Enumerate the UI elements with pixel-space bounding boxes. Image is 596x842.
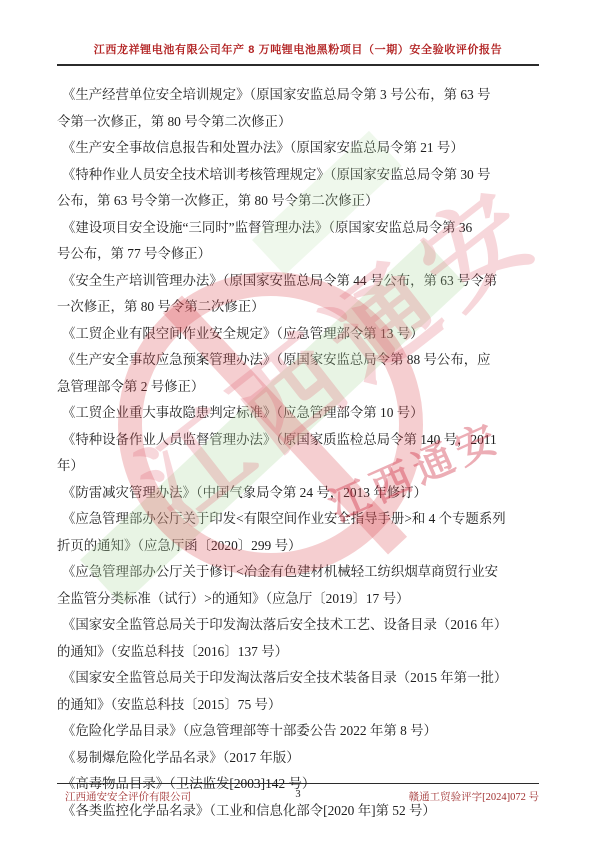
header-rule bbox=[57, 64, 539, 66]
regulation-item: 《安全生产培训管理办法》（原国家安监总局令第 44 号公布，第 63 号令第 一… bbox=[57, 268, 540, 321]
document-page: 江西龙祥锂电池有限公司年产 8 万吨锂电池黑粉项目（一期）安全验收评价报告 《生… bbox=[0, 0, 596, 842]
regulation-item: 《特种作业人员安全技术培训考核管理规定》（原国家安监总局令第 30 号 公布，第… bbox=[57, 162, 540, 215]
regulation-item: 《易制爆危险化学品名录》（2017 年版） bbox=[57, 745, 540, 772]
regulation-item: 《危险化学品目录》（应急管理部等十部委公告 2022 年第 8 号） bbox=[57, 718, 540, 745]
footer-rule bbox=[57, 783, 539, 784]
regulation-item: 《防雷减灾管理办法》（中国气象局令第 24 号，2013 年修订） bbox=[57, 480, 540, 507]
regulation-item: 《建设项目安全设施“三同时”监督管理办法》（原国家安监总局令第 36 号公布，第… bbox=[57, 215, 540, 268]
regulation-item: 《应急管理部办公厅关于印发<有限空间作业安全指导手册>和 4 个专题系列 折页的… bbox=[57, 506, 540, 559]
regulation-item: 《生产经营单位安全培训规定》（原国家安监总局令第 3 号公布，第 63 号 令第… bbox=[57, 82, 540, 135]
regulation-item: 《工贸企业重大事故隐患判定标准》（应急管理部令第 10 号） bbox=[57, 400, 540, 427]
page-header-title: 江西龙祥锂电池有限公司年产 8 万吨锂电池黑粉项目（一期）安全验收评价报告 bbox=[30, 41, 566, 57]
regulation-item: 《国家安全监管总局关于印发淘汰落后安全技术装备目录（2015 年第一批） 的通知… bbox=[57, 665, 540, 718]
regulation-list: 《生产经营单位安全培训规定》（原国家安监总局令第 3 号公布，第 63 号 令第… bbox=[57, 82, 540, 824]
footer-document-number: 赣通工贸验评字[2024]072 号 bbox=[409, 789, 539, 804]
regulation-item: 《生产安全事故信息报告和处置办法》（原国家安监总局令第 21 号） bbox=[57, 135, 540, 162]
regulation-item: 《应急管理部办公厅关于修订<冶金有色建材机械轻工纺织烟草商贸行业安 全监管分类标… bbox=[57, 559, 540, 612]
regulation-item: 《国家安全监管总局关于印发淘汰落后安全技术工艺、设备目录（2016 年） 的通知… bbox=[57, 612, 540, 665]
regulation-item: 《生产安全事故应急预案管理办法》（原国家安监总局令第 88 号公布，应 急管理部… bbox=[57, 347, 540, 400]
regulation-item: 《特种设备作业人员监督管理办法》（原国家质监检总局令第 140 号，2011 年… bbox=[57, 427, 540, 480]
regulation-item: 《工贸企业有限空间作业安全规定》（应急管理部令第 13 号） bbox=[57, 321, 540, 348]
